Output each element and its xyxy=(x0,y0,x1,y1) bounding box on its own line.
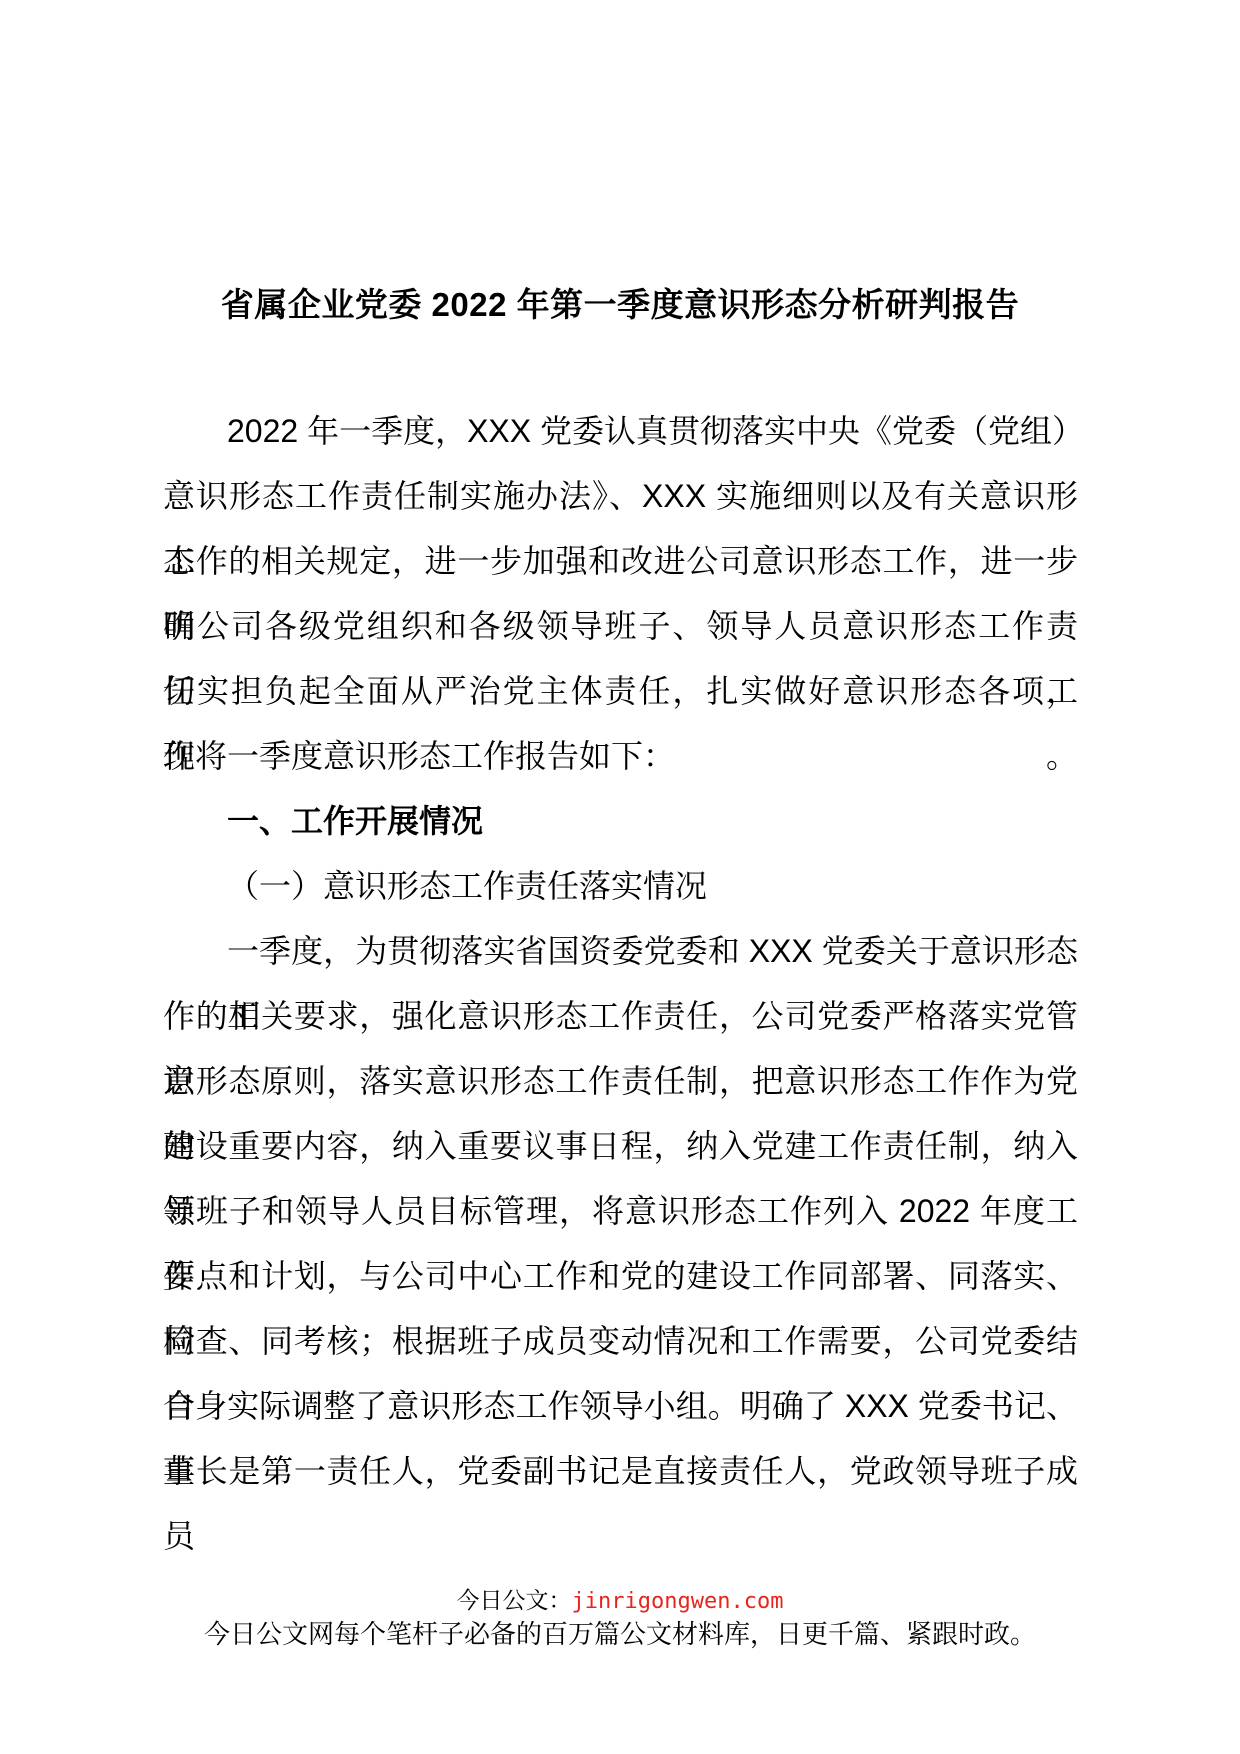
document-line: 一、工作开展情况 xyxy=(163,789,1078,854)
footer-site-line: 今日公文：jinrigongwen.com xyxy=(0,1586,1240,1616)
document-line: 2022 年一季度，XXX 党委认真贯彻落实中央《党委（党组） xyxy=(163,399,1078,464)
document-line: 检查、同考核；根据班子成员变动情况和工作需要，公司党委结合 xyxy=(163,1309,1078,1374)
footer-tagline: 今日公文网每个笔杆子必备的百万篇公文材料库，日更千篇、紧跟时政。 xyxy=(0,1618,1240,1650)
document-page: 省属企业党委 2022 年第一季度意识形态分析研判报告 2022 年一季度，XX… xyxy=(0,0,1240,1754)
document-line: （一）意识形态工作责任落实情况 xyxy=(163,854,1078,919)
document-line: 事长是第一责任人，党委副书记是直接责任人，党政领导班子成员 xyxy=(163,1439,1078,1504)
document-line: 导班子和领导人员目标管理，将意识形态工作列入 2022 年度工作 xyxy=(163,1179,1078,1244)
footer-site-label: 今日公文： xyxy=(457,1587,572,1613)
document-line: 确公司各级党组织和各级领导班子、领导人员意识形态工作责任， xyxy=(163,594,1078,659)
document-line: 意识形态工作责任制实施办法》、XXX 实施细则以及有关意识形态 xyxy=(163,464,1078,529)
document-line: 自身实际调整了意识形态工作领导小组。明确了 XXX 党委书记、董 xyxy=(163,1374,1078,1439)
document-line: 一季度，为贯彻落实省国资委党委和 XXX 党委关于意识形态工 xyxy=(163,919,1078,984)
document-body: 2022 年一季度，XXX 党委认真贯彻落实中央《党委（党组）意识形态工作责任制… xyxy=(163,399,1078,1504)
document-line: 要点和计划，与公司中心工作和党的建设工作同部署、同落实、同 xyxy=(163,1244,1078,1309)
document-title: 省属企业党委 2022 年第一季度意识形态分析研判报告 xyxy=(0,279,1240,326)
document-line: 建设重要内容，纳入重要议事日程，纳入党建工作责任制，纳入领 xyxy=(163,1114,1078,1179)
document-line: 工作的相关规定，进一步加强和改进公司意识形态工作，进一步明 xyxy=(163,529,1078,594)
document-line: 识形态原则，落实意识形态工作责任制，把意识形态工作作为党的 xyxy=(163,1049,1078,1114)
footer-site-url[interactable]: jinrigongwen.com xyxy=(572,1589,784,1614)
document-line: 切实担负起全面从严治党主体责任，扎实做好意识形态各项工作。 xyxy=(163,659,1078,724)
document-line: 作的相关要求，强化意识形态工作责任，公司党委严格落实党管意 xyxy=(163,984,1078,1049)
